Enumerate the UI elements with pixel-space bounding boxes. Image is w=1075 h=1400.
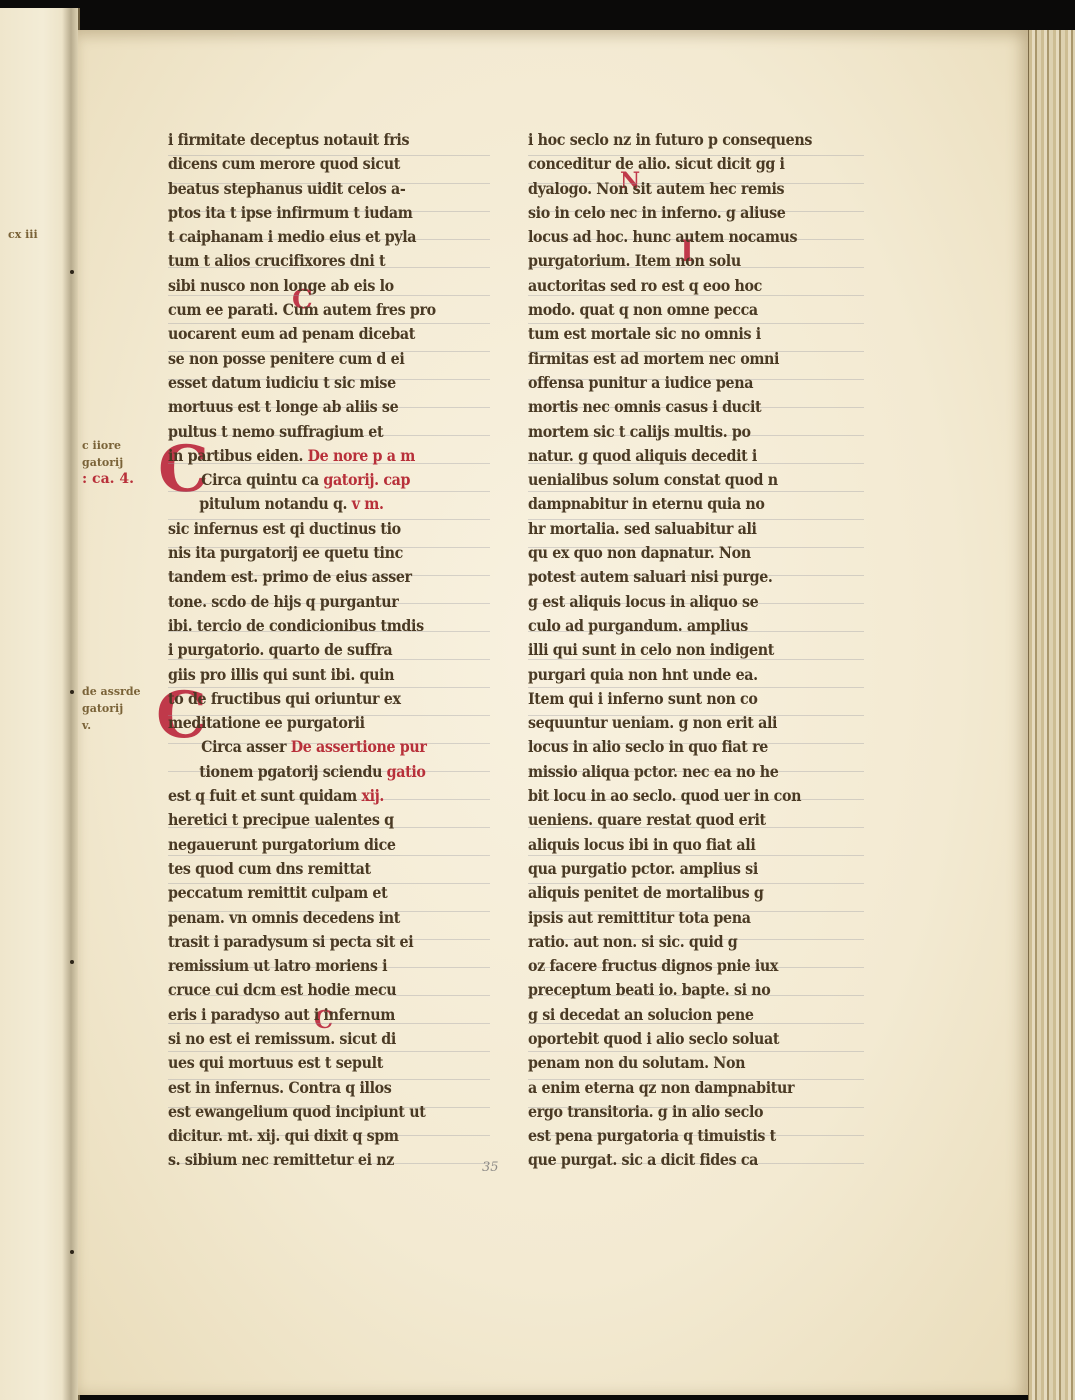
text-line: aliquis locus ibi in quo fiat ali <box>528 833 837 857</box>
margin-note: de assrde gatorij v. <box>82 683 141 734</box>
text-line: hr mortalia. sed saluabitur ali <box>528 517 837 541</box>
text-line: sibi nusco non longe ab eis lo <box>168 274 464 298</box>
text-line: se non posse penitere cum d ei <box>168 347 464 371</box>
text-line: a enim eterna qz non dampnabitur <box>528 1076 837 1100</box>
rubric-heading: v m. <box>352 494 384 513</box>
page-stack-edges <box>1028 30 1075 1400</box>
rubric-heading: gatio <box>387 762 426 781</box>
text-line: cum ee parati. Cum autem fres pro <box>168 298 464 322</box>
rubric-heading: xij. <box>361 786 384 805</box>
text-line: est ewangelium quod incipiunt ut <box>168 1100 464 1124</box>
text-line: dampnabitur in eternu quia no <box>528 492 837 516</box>
binding-stitch <box>70 270 74 274</box>
text-line: purgari quia non hnt unde ea. <box>528 663 837 687</box>
text-line: penam non du solutam. Non <box>528 1051 837 1075</box>
text-line: sio in celo nec in inferno. g aliuse <box>528 201 837 225</box>
text-line: Item qui i inferno sunt non co <box>528 687 837 711</box>
text-line: ratio. aut non. si sic. quid g <box>528 930 837 954</box>
text-line: g est aliquis locus in aliquo se <box>528 590 837 614</box>
text-line: i hoc seclo nz in futuro p consequens <box>528 128 837 152</box>
text-line: ipsis aut remittitur tota pena <box>528 906 837 930</box>
text-line: cruce cui dcm est hodie mecu <box>168 978 464 1002</box>
text-line: giis pro illis qui sunt ibi. quin <box>168 663 464 687</box>
text-line: preceptum beati io. bapte. si no <box>528 978 837 1002</box>
text-line: offensa punitur a iudice pena <box>528 371 837 395</box>
text-line: pultus t nemo suffragium et <box>168 420 464 444</box>
text-column-left: i firmitate deceptus notauit frisdicens … <box>168 128 490 1173</box>
binding-stitch <box>70 1250 74 1254</box>
text-line: esset datum iudiciu t sic mise <box>168 371 464 395</box>
text-line: conceditur de alio. sicut dicit gg i <box>528 152 837 176</box>
text-line: peccatum remittit culpam et <box>168 881 464 905</box>
text-column-right: i hoc seclo nz in futuro p consequenscon… <box>528 128 864 1173</box>
text-line: qua purgatio pctor. amplius si <box>528 857 837 881</box>
rubric-heading: gatorij. cap <box>323 470 410 489</box>
text-line: oz facere fructus dignos pnie iux <box>528 954 837 978</box>
text-line: ergo transitoria. g in alio seclo <box>528 1100 837 1124</box>
text-line: pitulum notandu q. v m. <box>168 492 464 516</box>
text-line: uocarent eum ad penam dicebat <box>168 322 464 346</box>
text-line: est pena purgatoria q timuistis t <box>528 1124 837 1148</box>
text-line: Circa quintu ca gatorij. cap <box>168 468 464 492</box>
text-line: locus ad hoc. hunc autem nocamus <box>528 225 837 249</box>
text-line: beatus stephanus uidit celos a- <box>168 177 464 201</box>
text-line: tum t alios crucifixores dni t <box>168 249 464 273</box>
text-line: bit locu in ao seclo. quod uer in con <box>528 784 837 808</box>
text-line: aliquis penitet de mortalibus g <box>528 881 837 905</box>
text-line: purgatorium. Item non solu <box>528 249 837 273</box>
text-line: ues qui mortuus est t sepult <box>168 1051 464 1075</box>
text-line: mortis nec omnis casus i ducit <box>528 395 837 419</box>
text-line: sequuntur ueniam. g non erit ali <box>528 711 837 735</box>
rubric-heading: De nore p a m <box>308 446 415 465</box>
text-line: uenialibus solum constat quod n <box>528 468 837 492</box>
text-line: negauerunt purgatorium dice <box>168 833 464 857</box>
text-line: ibi. tercio de condicionibus tmdis <box>168 614 464 638</box>
margin-note: c iiore gatorij : ca. 4. <box>82 437 134 488</box>
text-line: est q fuit et sunt quidam xij. <box>168 784 464 808</box>
rubric-heading: De assertione pur <box>291 737 427 756</box>
text-line: heretici t precipue ualentes q <box>168 808 464 832</box>
text-line: dicens cum merore quod sicut <box>168 152 464 176</box>
text-line: auctoritas sed ro est q eoo hoc <box>528 274 837 298</box>
text-line: potest autem saluari nisi purge. <box>528 565 837 589</box>
text-line: s. sibium nec remittetur ei nz <box>168 1148 464 1172</box>
text-line: dyalogo. Non sit autem hec remis <box>528 177 837 201</box>
text-line: tum est mortale sic no omnis i <box>528 322 837 346</box>
text-line: to de fructibus qui oriuntur ex <box>168 687 464 711</box>
text-line: oportebit quod i alio seclo soluat <box>528 1027 837 1051</box>
text-line: natur. g quod aliquis decedit i <box>528 444 837 468</box>
text-line: mortem sic t calijs multis. po <box>528 420 837 444</box>
text-line: firmitas est ad mortem nec omni <box>528 347 837 371</box>
text-line: tionem pgatorij sciendu gatio <box>168 760 464 784</box>
text-line: modo. quat q non omne pecca <box>528 298 837 322</box>
text-line: in partibus eiden. De nore p a m <box>168 444 464 468</box>
text-line: missio aliqua pctor. nec ea no he <box>528 760 837 784</box>
text-line: t caiphanam i medio eius et pyla <box>168 225 464 249</box>
text-line: tone. scdo de hijs q purgantur <box>168 590 464 614</box>
text-line: i firmitate deceptus notauit fris <box>168 128 464 152</box>
binding-stitch <box>70 690 74 694</box>
text-line: qu ex quo non dapnatur. Non <box>528 541 837 565</box>
text-line: g si decedat an solucion pene <box>528 1003 837 1027</box>
text-line: illi qui sunt in celo non indigent <box>528 638 837 662</box>
text-line: remissium ut latro moriens i <box>168 954 464 978</box>
text-line: locus in alio seclo in quo fiat re <box>528 735 837 759</box>
text-line: dicitur. mt. xij. qui dixit q spm <box>168 1124 464 1148</box>
margin-note: cx iii <box>8 226 38 243</box>
text-line: mortuus est t longe ab aliis se <box>168 395 464 419</box>
text-line: trasit i paradysum si pecta sit ei <box>168 930 464 954</box>
text-line: nis ita purgatorij ee quetu tinc <box>168 541 464 565</box>
text-line: que purgat. sic a dicit fides ca <box>528 1148 837 1172</box>
text-line: meditatione ee purgatorii <box>168 711 464 735</box>
binding-stitch <box>70 960 74 964</box>
text-line: Circa asser De assertione pur <box>168 735 464 759</box>
text-line: eris i paradyso aut i infernum <box>168 1003 464 1027</box>
text-line: penam. vn omnis decedens int <box>168 906 464 930</box>
text-line: i purgatorio. quarto de suffra <box>168 638 464 662</box>
text-line: est in infernus. Contra q illos <box>168 1076 464 1100</box>
text-line: culo ad purgandum. amplius <box>528 614 837 638</box>
text-line: tes quod cum dns remittat <box>168 857 464 881</box>
text-line: tandem est. primo de eius asser <box>168 565 464 589</box>
text-line: si no est ei remissum. sicut di <box>168 1027 464 1051</box>
text-line: ptos ita t ipse infirmum t iudam <box>168 201 464 225</box>
text-line: sic infernus est qi ductinus tio <box>168 517 464 541</box>
folio-number: 35 <box>482 1160 499 1175</box>
text-line: ueniens. quare restat quod erit <box>528 808 837 832</box>
